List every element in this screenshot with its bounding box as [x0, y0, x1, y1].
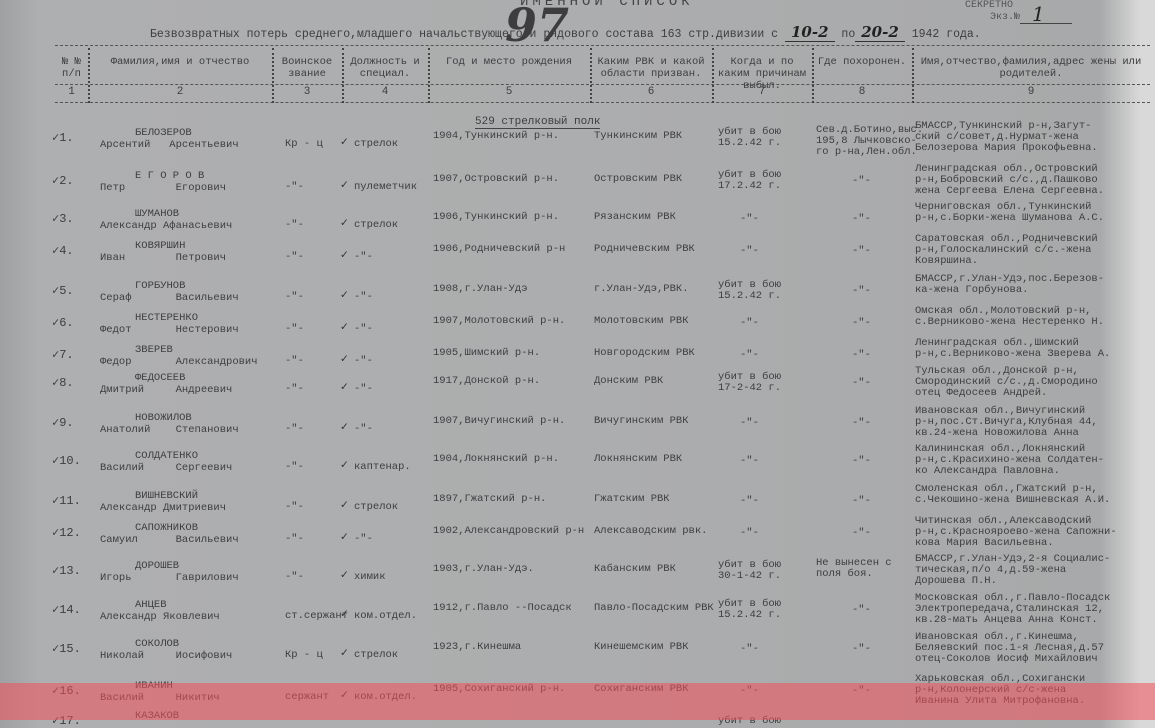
given-name-patronymic: Анатолий Степанович: [100, 425, 239, 436]
relatives-address: Читинская обл.,Алексаводский р-н,с.Красн…: [915, 516, 1117, 549]
departure-reason: -"-: [740, 686, 759, 697]
relatives-address: Ивановская обл.,Вичугинский р-н,пос.Ст.В…: [915, 406, 1098, 439]
row-number: ✓10.: [52, 456, 81, 467]
surname: САПОЖНИКОВ: [135, 523, 198, 534]
row-number: ✓11.: [52, 496, 81, 507]
position: -"-: [354, 384, 373, 395]
surname: СОЛДАТЕНКО: [135, 451, 198, 462]
burial-place: -"-: [852, 418, 871, 429]
burial-place: -"-: [852, 605, 871, 616]
given-name-patronymic: Петр Егорович: [100, 183, 226, 194]
column-number-3: 3: [272, 86, 342, 98]
row-number: ✓16.: [52, 686, 81, 697]
draft-office: Павло-Посадским РВК: [594, 603, 714, 614]
column-header-3: Воинское звание: [272, 56, 342, 80]
relatives-address: БМАССР,г.Улан-Удэ,пос.Березов- ка-жена Г…: [915, 274, 1104, 296]
surname: ИВАНИН: [135, 681, 173, 692]
given-name-patronymic: Федор Александрович: [100, 357, 258, 368]
military-rank: -"-: [285, 384, 304, 395]
relatives-address: Ленинградская обл.,Островский р-н,Бобров…: [915, 164, 1104, 197]
to-label: по: [841, 28, 855, 41]
surname: КАЗАКОВ: [135, 711, 179, 722]
departure-reason: -"-: [740, 644, 759, 655]
check-mark-icon: ✓: [340, 290, 349, 301]
given-name-patronymic: Александр Афанасьевич: [100, 221, 232, 232]
check-mark-icon: ✓: [340, 137, 349, 148]
given-name-patronymic: Иван Петрович: [100, 253, 226, 264]
surname: ЗВЕРЕВ: [135, 345, 173, 356]
surname: ФЕДОСЕЕВ: [135, 373, 185, 384]
column-number-8: 8: [812, 86, 912, 98]
check-mark-icon: ✓: [340, 382, 349, 393]
birth-year-place: 1904,Локнянский р-н.: [433, 454, 559, 465]
document-subtitle: Безвозвратных потерь среднего,младшего н…: [150, 23, 981, 42]
check-mark-icon: ✓: [340, 250, 349, 261]
row-number: ✓3.: [52, 214, 74, 225]
row-number: ✓4.: [52, 246, 74, 257]
check-mark-icon: ✓: [340, 354, 349, 365]
birth-year-place: 1907,Молотовский р-н.: [433, 316, 565, 327]
burial-place: -"-: [852, 176, 871, 187]
position: химик: [354, 572, 386, 583]
departure-reason: убит в бою 15.2.42 г.: [718, 127, 781, 149]
military-rank: -"-: [285, 182, 304, 193]
position: -"-: [354, 424, 373, 435]
burial-place: -"-: [852, 496, 871, 507]
row-number: ✓12.: [52, 528, 81, 539]
given-name-patronymic: Александр Яковлевич: [100, 612, 220, 623]
division-number: 163: [661, 28, 682, 41]
column-number-1: 1: [55, 86, 88, 98]
relatives-address: Харьковская обл.,Сохигански р-н,Колонерс…: [915, 674, 1085, 707]
surname: ВИШНЕВСКИЙ: [135, 491, 198, 502]
military-rank: Кр - ц: [285, 139, 323, 150]
position: стрелок: [354, 502, 398, 513]
position: каптенар.: [354, 462, 411, 473]
row-number: ✓5.: [52, 286, 74, 297]
departure-reason: убит в бою 15.2.42 г.: [718, 280, 781, 302]
column-number-5: 5: [428, 86, 590, 98]
military-rank: -"-: [285, 252, 304, 263]
check-mark-icon: ✓: [340, 218, 349, 229]
classification-stamp: СЕКРЕТНО: [965, 0, 1013, 11]
birth-year-place: 1904,Тункинский р-н.: [433, 131, 559, 142]
burial-place: -"-: [852, 686, 871, 697]
surname: БЕЛОЗЕРОВ: [135, 128, 192, 139]
birth-year-place: 1905,Шимский р-н.: [433, 348, 540, 359]
position: -"-: [354, 356, 373, 367]
year: 1942: [912, 28, 940, 41]
burial-place: -"-: [852, 286, 871, 297]
military-rank: -"-: [285, 534, 304, 545]
military-rank: -"-: [285, 502, 304, 513]
draft-office: г.Улан-Удэ,РВК.: [594, 284, 689, 295]
check-mark-icon: ✓: [340, 460, 349, 471]
relatives-address: Черниговская обл.,Тункинский р-н,с.Борки…: [915, 202, 1104, 224]
copy-underline: [1020, 23, 1072, 24]
relatives-address: Саратовская обл.,Родничевский р-н,Голоск…: [915, 234, 1098, 267]
given-name-patronymic: Федот Нестерович: [100, 325, 239, 336]
departure-reason: -"-: [740, 418, 759, 429]
draft-office: Молотовским РВК: [594, 316, 689, 327]
position: -"-: [354, 324, 373, 335]
position: стрелок: [354, 139, 398, 150]
military-rank: ст.сержант: [285, 611, 348, 622]
surname: КОВЯРШИН: [135, 241, 185, 252]
departure-reason: убит в бою 17.2.42 г.: [718, 170, 781, 192]
regiment-heading: 529 стрелковый полк: [475, 116, 600, 129]
departure-reason: -"-: [740, 456, 759, 467]
burial-place: -"-: [852, 644, 871, 655]
relatives-address: БМАССР,Тункинский р-н,Загут- ский с/сове…: [915, 121, 1098, 154]
subtitle-prefix: Безвозвратных потерь среднего,младшего н…: [150, 28, 654, 41]
burial-place: -"-: [852, 350, 871, 361]
column-header-1: № № п/п: [55, 56, 88, 80]
row-number: ✓17.: [52, 716, 81, 727]
birth-year-place: 1907,Островский р-н.: [433, 174, 559, 185]
birth-year-place: 1908,г.Улан-Удэ: [433, 284, 528, 295]
departure-reason: -"-: [740, 528, 759, 539]
given-name-patronymic: Василий Сергеевич: [100, 463, 232, 474]
burial-place: -"-: [852, 318, 871, 329]
draft-office: Родничевским РВК: [594, 244, 695, 255]
draft-office: Островским РВК: [594, 174, 682, 185]
draft-office: Гжатским РВК: [594, 494, 670, 505]
row-number: ✓1.: [52, 133, 74, 144]
column-header-4: Должность и специал.: [342, 56, 428, 80]
surname: ШУМАНОВ: [135, 209, 179, 220]
relatives-address: БМАССР,г.Улан-Удэ,2-я Социалис- тическая…: [915, 554, 1110, 587]
relatives-address: Калининская обл.,Локнянский р-н,с.Красих…: [915, 444, 1104, 477]
draft-office: Алексаводским рвк.: [594, 526, 707, 537]
departure-reason: -"-: [740, 350, 759, 361]
draft-office: Кинешемским РВК: [594, 642, 689, 653]
departure-reason: убит в бою: [718, 716, 781, 727]
burial-place: Не вынесен с поля боя.: [816, 558, 892, 580]
surname: НЕСТЕРЕНКО: [135, 313, 198, 324]
row-number: ✓2.: [52, 176, 74, 187]
burial-place: Сев.д.Ботино,выс. 195,8 Лычковско- го р-…: [816, 125, 923, 158]
check-mark-icon: ✓: [340, 690, 349, 701]
departure-reason: -"-: [740, 246, 759, 257]
draft-office: Донским РВК: [594, 376, 663, 387]
burial-place: -"-: [852, 246, 871, 257]
from-label: с: [771, 28, 778, 41]
document-sheet: ИМЕННОЙ СПИСОК 97 СЕКРЕТНО Экз.№ 1 Безво…: [0, 0, 1155, 728]
year-suffix: года.: [946, 28, 981, 41]
position: пулеметчик: [354, 182, 417, 193]
position: ком.отдел.: [354, 692, 417, 703]
surname: СОКОЛОВ: [135, 639, 179, 650]
check-mark-icon: ✓: [340, 532, 349, 543]
relatives-address: Тульская обл.,Донской р-н, Смородинский …: [915, 366, 1098, 399]
military-rank: -"-: [285, 324, 304, 335]
check-mark-icon: ✓: [340, 180, 349, 191]
division-label: стр.дивизии: [688, 28, 764, 41]
relatives-address: Ивановская обл.,г.Кинешма, Беляевский по…: [915, 632, 1104, 665]
birth-year-place: 1912,г.Павло --Посадск: [433, 603, 572, 614]
surname: ГОРБУНОВ: [135, 281, 185, 292]
surname: Е Г О Р О В: [135, 171, 204, 182]
departure-reason: -"-: [740, 318, 759, 329]
draft-office: Кабанским РВК: [594, 564, 676, 575]
military-rank: -"-: [285, 572, 304, 583]
military-rank: сержант: [285, 692, 329, 703]
column-number-4: 4: [342, 86, 428, 98]
military-rank: -"-: [285, 220, 304, 231]
relatives-address: Смоленская обл.,Гжатский р-н, с.Чекошино…: [915, 484, 1110, 506]
birth-year-place: 1903,г.Улан-Удэ.: [433, 564, 534, 575]
given-name-patronymic: Николай Иосифович: [100, 651, 232, 662]
given-name-patronymic: Василий Никитич: [100, 693, 220, 704]
position: -"-: [354, 292, 373, 303]
given-name-patronymic: Арсентий Арсентьевич: [100, 140, 239, 151]
military-rank: -"-: [285, 424, 304, 435]
given-name-patronymic: Дмитрий Андреевич: [100, 385, 232, 396]
position: стрелок: [354, 220, 398, 231]
draft-office: Локнянским РВК: [594, 454, 682, 465]
burial-place: -"-: [852, 378, 871, 389]
birth-year-place: 1902,Александровский р-н: [433, 526, 584, 537]
departure-reason: убит в бою 15.2.42 г.: [718, 599, 781, 621]
departure-reason: -"-: [740, 214, 759, 225]
burial-place: -"-: [852, 214, 871, 225]
given-name-patronymic: Александр Дмитриевич: [100, 503, 226, 514]
row-number: ✓8.: [52, 378, 74, 389]
column-number-7: 7: [712, 86, 812, 98]
military-rank: -"-: [285, 462, 304, 473]
column-number-2: 2: [88, 86, 272, 98]
birth-year-place: 1907,Вичугинский р-н.: [433, 416, 565, 427]
departure-reason: -"-: [740, 496, 759, 507]
header-mid-rule: [55, 84, 1150, 85]
column-header-9: Имя,отчество,фамилия,адрес жены или роди…: [912, 56, 1150, 80]
draft-office: Тункинским РВК: [594, 131, 682, 142]
column-header-6: Каким РВК и какой области призван.: [590, 56, 712, 80]
given-name-patronymic: Сераф Васильевич: [100, 293, 239, 304]
column-header-8: Где похоронен.: [812, 56, 912, 68]
row-number: ✓14.: [52, 605, 81, 616]
header-top-rule: [55, 45, 1150, 46]
departure-reason: убит в бою 17-2-42 г.: [718, 372, 781, 394]
column-number-9: 9: [912, 86, 1150, 98]
row-number: ✓7.: [52, 350, 74, 361]
position: -"-: [354, 534, 373, 545]
relatives-address: Московская обл.,г.Павло-Посадск Электроп…: [915, 593, 1110, 626]
birth-year-place: 1923,г.Кинешма: [433, 642, 521, 653]
surname: АНЦЕВ: [135, 600, 167, 611]
check-mark-icon: ✓: [340, 500, 349, 511]
column-header-5: Год и место рождения: [428, 56, 590, 68]
check-mark-icon: ✓: [340, 648, 349, 659]
draft-office: Сохиганским РВК: [594, 684, 689, 695]
departure-reason: убит в бою 30-1-42 г.: [718, 560, 781, 582]
birth-year-place: 1917,Донской р-н.: [433, 376, 540, 387]
relatives-address: Омская обл.,Молотовский р-н, с.Верниково…: [915, 306, 1104, 328]
check-mark-icon: ✓: [340, 422, 349, 433]
position: -"-: [354, 252, 373, 263]
relatives-address: Ленинградская обл.,Шимский р-н,с.Вернико…: [915, 338, 1110, 360]
column-number-6: 6: [590, 86, 712, 98]
date-from: 10-2: [785, 23, 835, 42]
birth-year-place: 1905,Сохиганский р-н.: [433, 684, 565, 695]
check-mark-icon: ✓: [340, 609, 349, 620]
draft-office: Новгородским РВК: [594, 348, 695, 359]
row-number: ✓6.: [52, 318, 74, 329]
draft-office: Вичугинским РВК: [594, 416, 689, 427]
birth-year-place: 1906,Родничевский р-н: [433, 244, 565, 255]
position: стрелок: [354, 650, 398, 661]
position: ком.отдел.: [354, 611, 417, 622]
military-rank: -"-: [285, 292, 304, 303]
date-to: 20-2: [855, 23, 905, 42]
given-name-patronymic: Самуил Васильевич: [100, 535, 239, 546]
birth-year-place: 1906,Тункинский р-н.: [433, 212, 559, 223]
military-rank: Кр - ц: [285, 650, 323, 661]
birth-year-place: 1897,Гжатский р-н.: [433, 494, 546, 505]
row-number: ✓13.: [52, 566, 81, 577]
burial-place: -"-: [852, 456, 871, 467]
burial-place: -"-: [852, 528, 871, 539]
check-mark-icon: ✓: [340, 322, 349, 333]
check-mark-icon: ✓: [340, 570, 349, 581]
military-rank: -"-: [285, 356, 304, 367]
row-number: ✓15.: [52, 644, 81, 655]
surname: ДОРОШЕВ: [135, 561, 179, 572]
surname: НОВОЖИЛОВ: [135, 413, 192, 424]
given-name-patronymic: Игорь Гаврилович: [100, 573, 239, 584]
copy-label: Экз.№: [990, 12, 1020, 23]
header-bottom-rule: [55, 102, 1150, 103]
draft-office: Рязанским РВК: [594, 212, 676, 223]
row-number: ✓9.: [52, 418, 74, 429]
column-header-2: Фамилия,имя и отчество: [88, 56, 272, 68]
